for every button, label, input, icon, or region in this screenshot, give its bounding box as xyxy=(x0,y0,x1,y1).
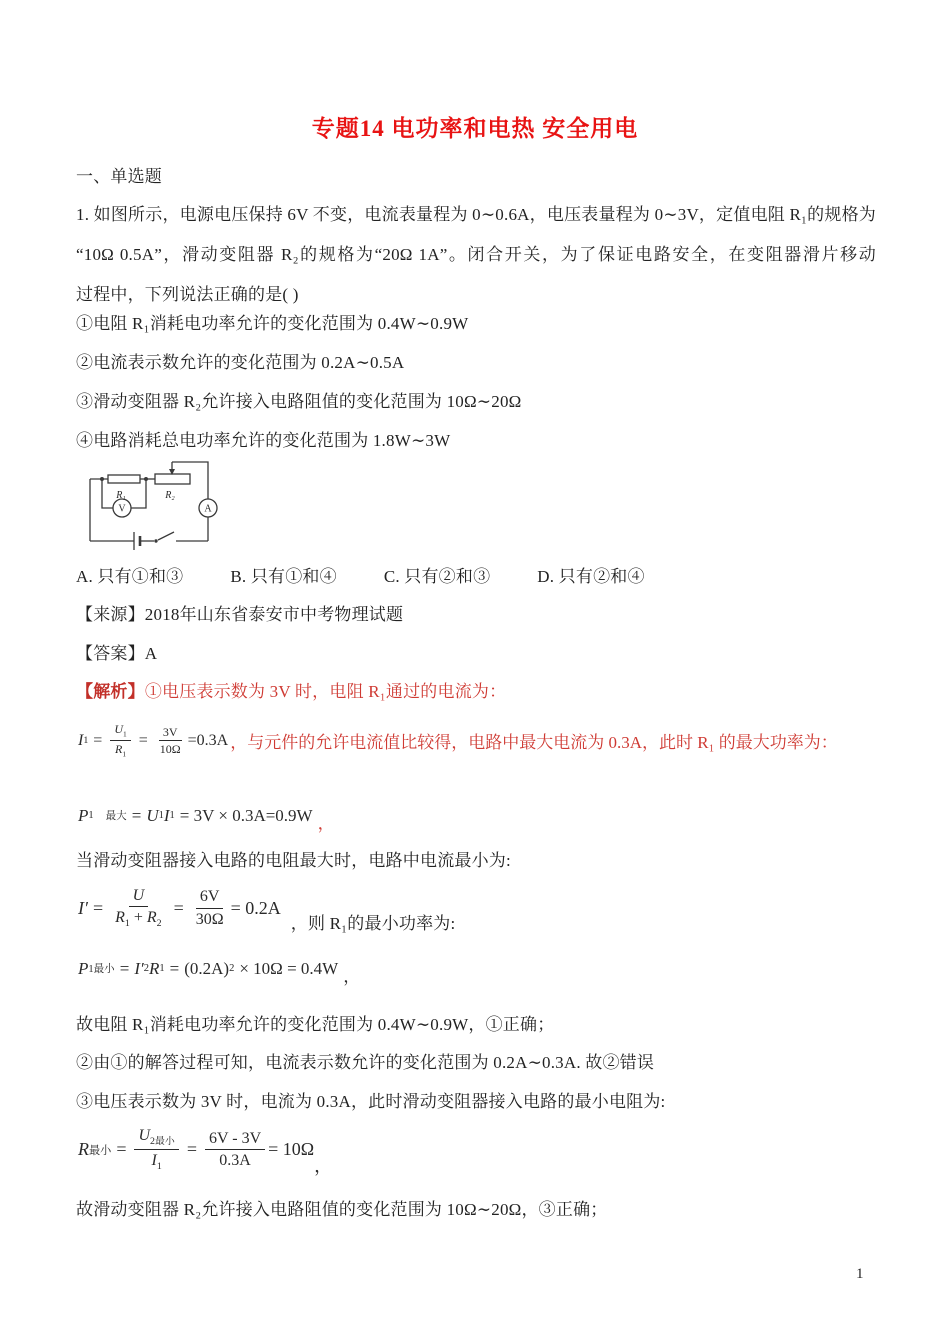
formula-token: = xyxy=(170,959,180,979)
fraction-numerator: 6V xyxy=(196,887,224,908)
label-voltmeter: V xyxy=(118,504,126,515)
formula-token: 1 xyxy=(170,810,175,821)
question-line-2: “10Ω 0.5A”，滑动变阻器 R₂的规格为“20Ω 1A”。闭合开关，为了保… xyxy=(76,244,876,266)
page-number: 1 xyxy=(856,1266,864,1283)
fraction-denominator: 30Ω xyxy=(192,909,228,929)
formula-token: (0.2A) xyxy=(184,959,229,979)
label-r2: R₂ xyxy=(164,490,175,501)
formula-token: = xyxy=(174,898,184,919)
formula-token: × 10Ω = 0.4W xyxy=(239,959,338,979)
formula-token: 最大 xyxy=(106,808,127,823)
formula-token: =0.3A xyxy=(188,732,229,750)
fraction: 6V - 3V 0.3A xyxy=(205,1129,265,1170)
switch-pivot xyxy=(154,539,157,542)
fraction-numerator: U xyxy=(129,886,149,907)
source-line: 【来源】2018年山东省泰安市中考物理试题 xyxy=(76,604,403,626)
option-d: D. 只有②和④ xyxy=(537,566,644,588)
formula-token: R xyxy=(78,1139,89,1160)
option-b: B. 只有①和④ xyxy=(230,566,336,588)
statement-2: ②电流表示数允许的变化范围为 0.2A∼0.5A xyxy=(76,352,404,374)
analysis-conclusion-3: 故滑动变阻器 R₂允许接入电路阻值的变化范围为 10Ω∼20Ω，③正确； xyxy=(76,1199,607,1221)
analysis-conclusion-1: 故电阻 R₁消耗电功率允许的变化范围为 0.4W∼0.9W，①正确； xyxy=(76,1014,554,1036)
formula-token: 1 xyxy=(83,735,88,746)
formula-token: = xyxy=(93,898,103,919)
junction-dot-right xyxy=(144,477,148,481)
fraction: U2最小 I1 xyxy=(134,1126,178,1173)
analysis-point-3: ③电压表示数为 3V 时，电流为 0.3A，此时滑动变阻器接入电路的最小电阻为: xyxy=(76,1091,665,1113)
analysis-line: 【解析】①电压表示数为 3V 时，电阻 R₁通过的电流为： xyxy=(76,681,506,703)
statement-3: ③滑动变阻器 R₂允许接入电路阻值的变化范围为 10Ω∼20Ω xyxy=(76,391,521,413)
formula-token: 1 xyxy=(159,963,164,974)
label-ammeter: A xyxy=(204,504,212,515)
analysis-continued: ，与元件的允许电流值比较得，电路中最大电流为 0.3A，此时 R₁ 的最大功率为… xyxy=(230,728,838,753)
circuit-diagram: R₁ R₂ V A xyxy=(84,456,219,551)
formula-token: ， xyxy=(318,809,335,834)
formula-token: = xyxy=(187,1139,197,1160)
formula-token: R xyxy=(149,959,159,979)
formula-tail-text: ，则 R₁的最小功率为: xyxy=(291,913,456,935)
page-title: 专题14 电功率和电热 安全用电 xyxy=(0,110,950,143)
document-page: 专题14 电功率和电热 安全用电 一、单选题 1. 如图所示，电源电压保持 6V… xyxy=(0,0,950,1344)
formula-token: U xyxy=(146,806,158,826)
fraction: U R1 + R2 xyxy=(111,886,166,930)
options-row: A. 只有①和③ B. 只有①和④ C. 只有②和③ D. 只有②和④ xyxy=(76,566,645,588)
fraction-denominator: 10Ω xyxy=(156,741,185,756)
formula-token: 2 xyxy=(229,963,234,974)
formula-token: I′ xyxy=(134,959,143,979)
formula-token: P xyxy=(78,806,88,826)
fraction-numerator: 3V xyxy=(159,725,182,741)
formula-token: = 3V × 0.3A=0.9W xyxy=(180,806,313,826)
fraction-denominator: 0.3A xyxy=(215,1150,255,1170)
formula-token: = xyxy=(120,959,130,979)
label-r1: R₁ xyxy=(115,490,126,501)
question-line-1: 1. 如图所示，电源电压保持 6V 不变，电流表量程为 0∼0.6A，电压表量程… xyxy=(76,204,876,226)
fraction: U1 R1 xyxy=(110,722,130,760)
formula-token: P xyxy=(78,959,88,979)
analysis-tag: 【解析】 xyxy=(76,682,145,701)
formula-r-min: R最小 = U2最小 I1 = 6V - 3V 0.3A = 10Ω ， xyxy=(78,1126,332,1173)
resistor-r2-rheostat xyxy=(155,474,190,484)
fraction-numerator: U2最小 xyxy=(134,1126,178,1150)
analysis-intro: ①电压表示数为 3V 时，电阻 R₁通过的电流为： xyxy=(145,682,507,701)
fraction-denominator: R1 + R2 xyxy=(111,907,166,930)
formula-token: ， xyxy=(343,962,360,987)
formula-token: I′ xyxy=(78,898,88,919)
formula-token: 最小 xyxy=(89,1142,111,1158)
resistor-r1 xyxy=(108,475,140,483)
formula-p1-max: P1最大 = U1 I1 = 3V × 0.3A=0.9W ， xyxy=(78,803,335,828)
statement-4: ④电路消耗总电功率允许的变化范围为 1.8W∼3W xyxy=(76,430,450,452)
formula-token: = 10Ω xyxy=(268,1139,314,1160)
formula-token: = xyxy=(139,732,148,750)
fraction-denominator: I1 xyxy=(148,1150,166,1173)
analysis-text-min-current: 当滑动变阻器接入电路的电阻最大时，电路中电流最小为: xyxy=(76,850,511,872)
question-line-3: 过程中，下列说法正确的是( ) xyxy=(76,284,299,306)
switch-lever xyxy=(158,532,174,540)
option-a: A. 只有①和③ xyxy=(76,566,183,588)
formula-token: 1 xyxy=(88,810,93,821)
fraction: 6V 30Ω xyxy=(192,887,228,928)
junction-dot-left xyxy=(100,477,104,481)
formula-token: 1最小 xyxy=(88,961,114,976)
statement-1: ①电阻 R₁消耗电功率允许的变化范围为 0.4W∼0.9W xyxy=(76,313,468,335)
formula-token: = xyxy=(132,806,142,826)
fraction-numerator: 6V - 3V xyxy=(205,1129,265,1150)
formula-i1: I1 = U1 R1 = 3V 10Ω =0.3A ，与元件的允许电流值比较得，… xyxy=(78,722,838,760)
formula-p1-min: P1最小 = I′2R1 = (0.2A)2 × 10Ω = 0.4W ， xyxy=(78,956,360,981)
fraction-numerator: U1 xyxy=(110,722,130,741)
formula-token: = 0.2A xyxy=(231,898,281,919)
fraction-denominator: R1 xyxy=(111,741,130,759)
section-heading: 一、单选题 xyxy=(76,166,162,188)
option-c: C. 只有②和③ xyxy=(384,566,490,588)
formula-i-min: I′ = U R1 + R2 = 6V 30Ω = 0.2A ，则 R₁的最小功… xyxy=(78,886,455,930)
formula-token: = xyxy=(116,1139,126,1160)
formula-token: = xyxy=(93,732,102,750)
answer-line: 【答案】A xyxy=(76,643,157,665)
fraction: 3V 10Ω xyxy=(156,725,185,757)
formula-token: ， xyxy=(314,1152,332,1178)
analysis-point-2: ②由①的解答过程可知，电流表示数允许的变化范围为 0.2A∼0.3A. 故②错误 xyxy=(76,1052,654,1074)
